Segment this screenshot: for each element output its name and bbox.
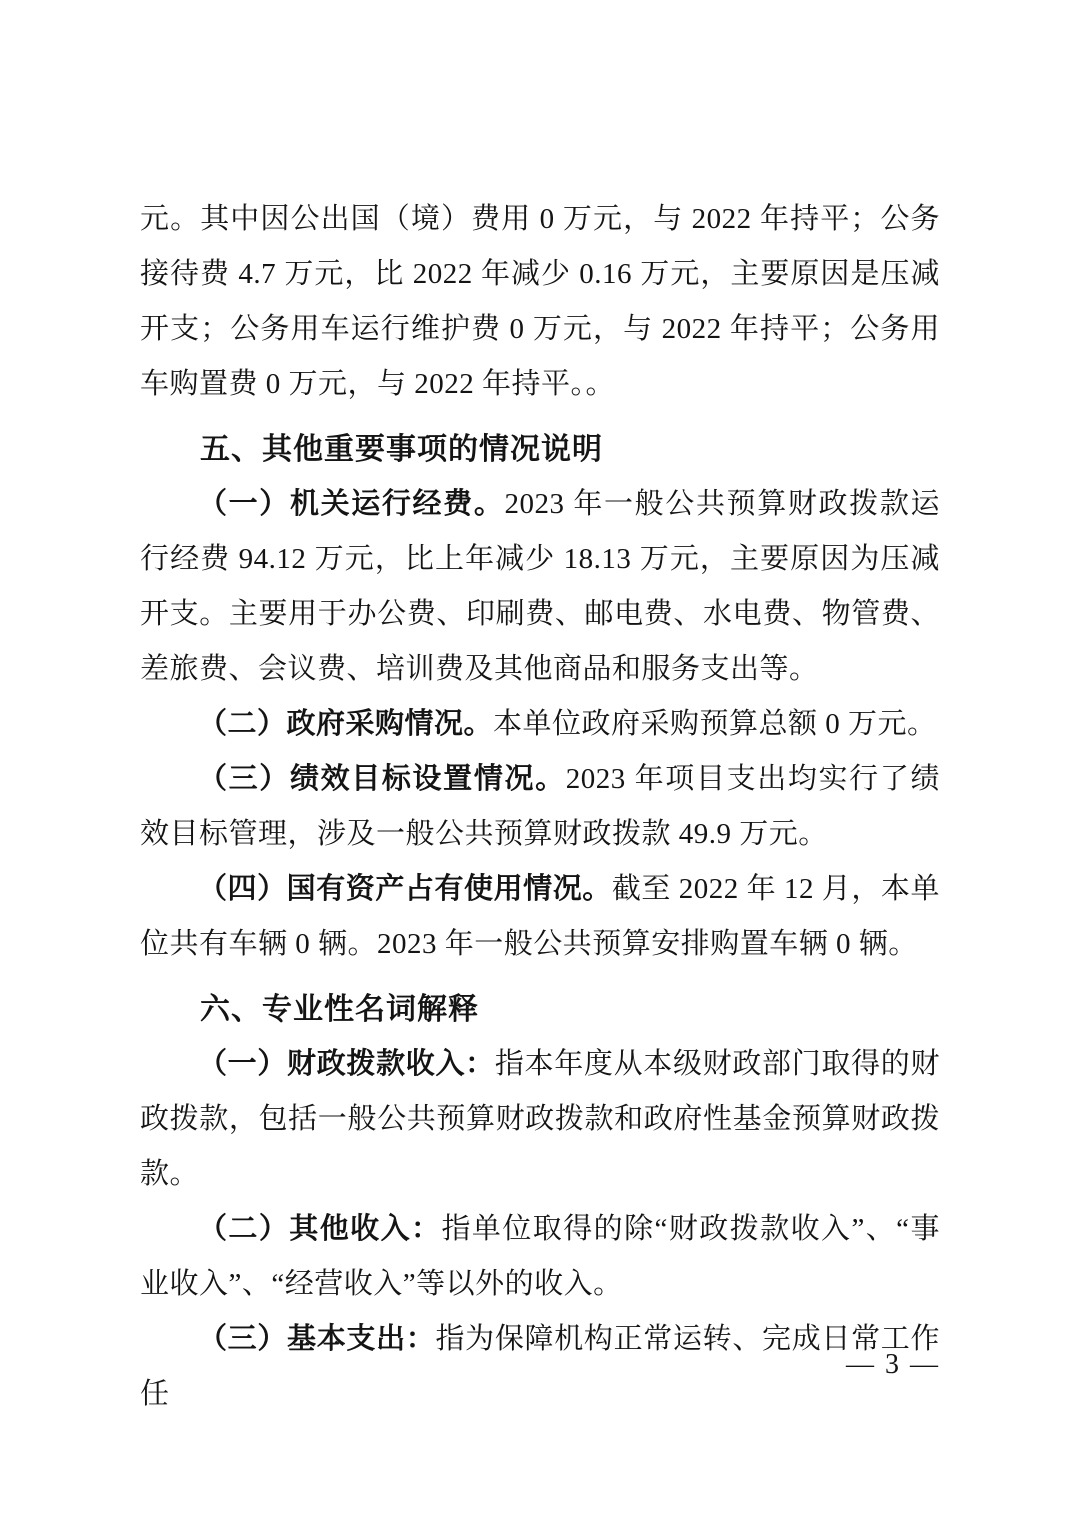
paragraph-other-income: （二）其他收入：指单位取得的除“财政拨款收入”、“事业收入”、“经营收入”等以外… [140, 1202, 940, 1312]
paragraph-fiscal-appropriation-income: （一）财政拨款收入：指本年度从本级财政部门取得的财政拨款，包括一般公共预算财政拨… [140, 1037, 940, 1202]
paragraph-government-procurement-text: 本单位政府采购预算总额 0 万元。 [493, 708, 937, 740]
paragraph-performance-targets-lead: （三）绩效目标设置情况。 [198, 763, 566, 795]
paragraph-fiscal-appropriation-income-lead: （一）财政拨款收入： [198, 1048, 495, 1080]
section5-heading: 五、其他重要事项的情况说明 [140, 422, 940, 477]
page-number: — 3 — [846, 1349, 940, 1380]
paragraph-performance-targets: （三）绩效目标设置情况。2023 年项目支出均实行了绩效目标管理，涉及一般公共预… [140, 752, 940, 862]
document-page: 元。其中因公出国（境）费用 0 万元，与 2022 年持平；公务接待费 4.7 … [0, 0, 1074, 1520]
page-footer: — 3 — [140, 1345, 940, 1385]
paragraph-government-procurement: （二）政府采购情况。本单位政府采购预算总额 0 万元。 [140, 697, 940, 752]
paragraph-agency-operating-expenses: （一）机关运行经费。2023 年一般公共预算财政拨款运行经费 94.12 万元，… [140, 477, 940, 697]
paragraph-three-public-funds-continuation: 元。其中因公出国（境）费用 0 万元，与 2022 年持平；公务接待费 4.7 … [140, 192, 940, 412]
paragraph-state-assets: （四）国有资产占有使用情况。截至 2022 年 12 月，本单位共有车辆 0 辆… [140, 862, 940, 972]
document-body: 元。其中因公出国（境）费用 0 万元，与 2022 年持平；公务接待费 4.7 … [140, 192, 940, 1422]
paragraph-agency-operating-expenses-lead: （一）机关运行经费。 [198, 488, 504, 520]
section6-heading: 六、专业性名词解释 [140, 982, 940, 1037]
paragraph-state-assets-lead: （四）国有资产占有使用情况。 [198, 873, 612, 905]
paragraph-other-income-lead: （二）其他收入： [198, 1213, 441, 1245]
paragraph-government-procurement-lead: （二）政府采购情况。 [198, 708, 493, 740]
